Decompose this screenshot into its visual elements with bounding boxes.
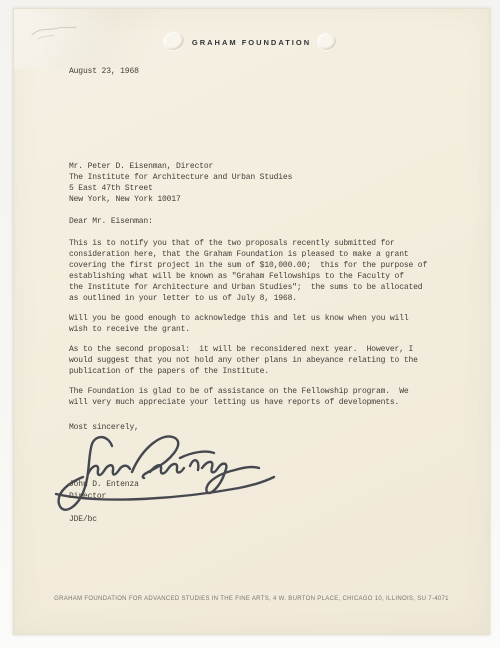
recipient-address: Mr. Peter D. Eisenman, Director The Inst… bbox=[69, 161, 459, 205]
letterhead-footer-address: GRAHAM FOUNDATION FOR ADVANCED STUDIES I… bbox=[14, 596, 489, 602]
signer-typed-name: John D. Entenza bbox=[69, 479, 139, 490]
paragraph: Will you be good enough to acknowledge t… bbox=[69, 313, 459, 335]
signer-title: Director bbox=[69, 491, 106, 502]
paragraph: This is to notify you that of the two pr… bbox=[69, 238, 459, 304]
letter-body: Mr. Peter D. Eisenman, Director The Inst… bbox=[69, 161, 459, 433]
letterhead-title: GRAHAM FOUNDATION bbox=[14, 38, 489, 47]
date-line: August 23, 1968 bbox=[69, 66, 139, 77]
reference-initials: JDE/bc bbox=[69, 514, 97, 525]
paragraph: The Foundation is glad to be of assistan… bbox=[69, 386, 459, 408]
salutation: Dear Mr. Eisenman: bbox=[69, 216, 459, 227]
letter-paper: GRAHAM FOUNDATION August 23, 1968 Mr. Pe… bbox=[13, 8, 490, 635]
paragraph: As to the second proposal: it will be re… bbox=[69, 344, 459, 377]
